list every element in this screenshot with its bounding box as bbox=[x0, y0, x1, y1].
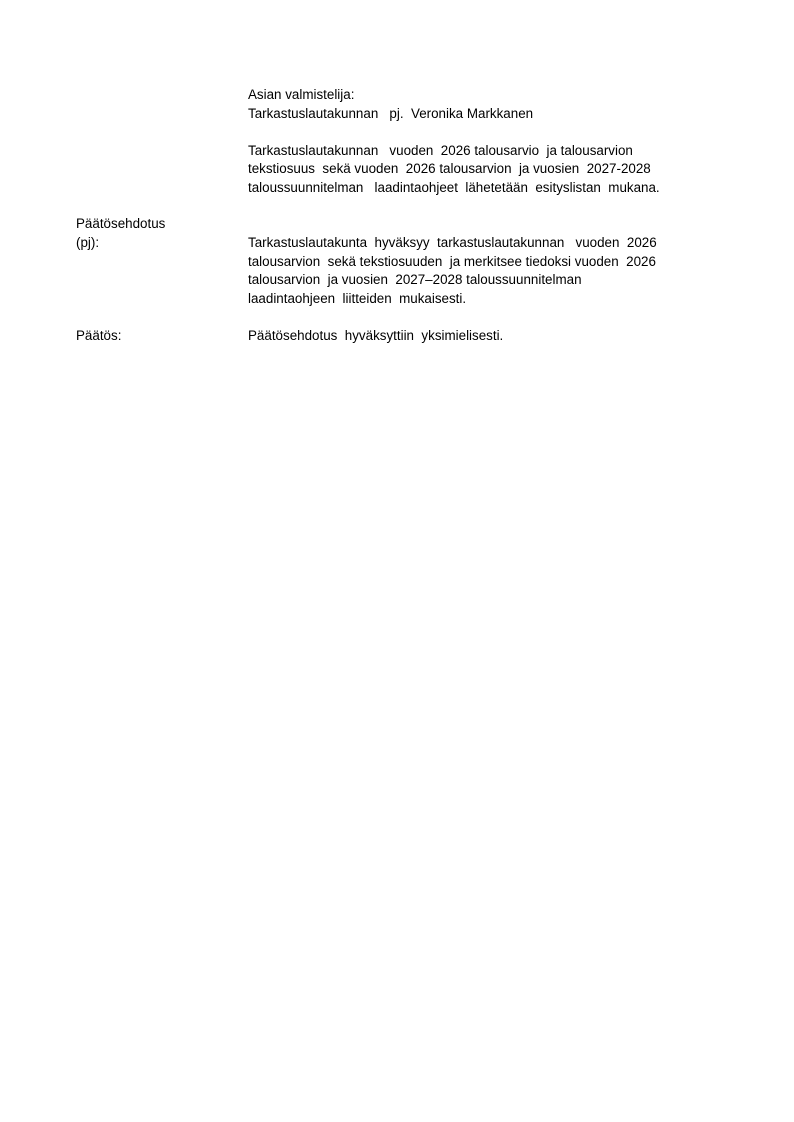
intro-line: Tarkastuslautakunnan vuoden 2026 talousa… bbox=[248, 142, 633, 160]
preparer-label: Asian valmistelija: bbox=[248, 86, 354, 104]
intro-line: taloussuunnitelman laadintaohjeet lähete… bbox=[248, 179, 660, 197]
proposal-line: Tarkastuslautakunta hyväksyy tarkastusla… bbox=[248, 234, 657, 252]
proposal-line: talousarvion ja vuosien 2027–2028 talous… bbox=[248, 271, 582, 289]
proposal-line: talousarvion sekä tekstiosuuden ja merki… bbox=[248, 253, 656, 271]
intro-line: tekstiosuus sekä vuoden 2026 talousarvio… bbox=[248, 160, 651, 178]
proposal-line: laadintaohjeen liitteiden mukaisesti. bbox=[248, 290, 466, 308]
proposal-label: Päätösehdotus bbox=[76, 215, 165, 233]
proposal-label-sub: (pj): bbox=[76, 234, 99, 252]
decision-text: Päätösehdotus hyväksyttiin yksimielisest… bbox=[248, 327, 503, 345]
decision-label: Päätös: bbox=[76, 327, 121, 345]
preparer-name: Tarkastuslautakunnan pj. Veronika Markka… bbox=[248, 105, 533, 123]
